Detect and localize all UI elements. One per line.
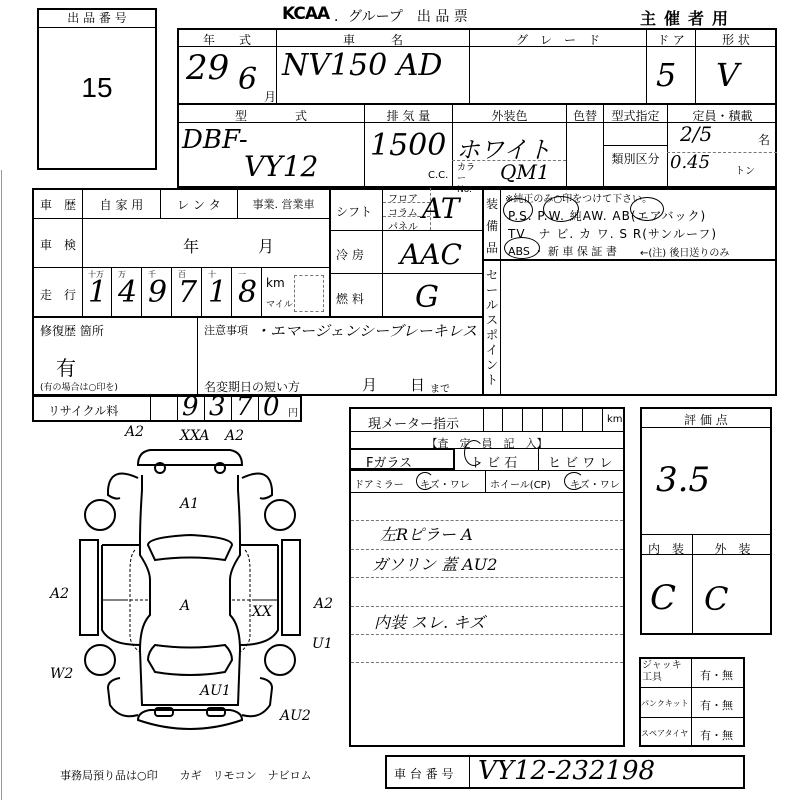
lot-number-label: 出 品 番 号 (39, 12, 155, 28)
accessory-punctkit-value[interactable]: 有・無 (700, 697, 733, 713)
year-label: 年 式 (178, 31, 276, 48)
header-title: ．グループ 出 品 票 (334, 6, 468, 26)
mark-right-side: A2 (312, 596, 333, 612)
interior-value: C (650, 578, 676, 618)
mileage-digit-value: 1 (208, 275, 227, 310)
ac-value: AAC (400, 238, 462, 271)
accessory-jack-value[interactable]: 有・無 (700, 667, 733, 683)
shift-column[interactable]: コラム (388, 204, 418, 219)
lot-number-value: 15 (39, 72, 155, 104)
grade-label: グ レ ー ド (470, 31, 646, 48)
history-option-private[interactable]: 自 家 用 (83, 196, 160, 213)
recycle-digit-cell: 3 (204, 396, 231, 422)
inspection-year-unit: 年 (183, 234, 199, 257)
color-change-label: 色替 (567, 107, 603, 124)
lot-number-box: 出 品 番 号 15 (37, 8, 157, 170)
repair-label: 修復歴 箇所 (40, 322, 104, 339)
doors-label: ド ア (647, 31, 695, 48)
shape-label: 形 状 (696, 31, 776, 48)
displacement-value: 1500 (370, 128, 446, 163)
mileage-digit-value: 4 (118, 275, 137, 310)
meter-label: 現メーター指示 (368, 413, 459, 432)
model-name-value: NV150 AD (282, 48, 442, 83)
load-value: 0.45 (670, 152, 710, 173)
mark-trunk: AU1 (198, 683, 231, 699)
color-no-value: QM1 (500, 160, 550, 184)
mileage-digit-value: 8 (238, 275, 257, 310)
usage-label: 主催者用 (640, 6, 736, 29)
circle-mark-wheel (564, 472, 584, 490)
load-unit: トン (735, 162, 755, 177)
mileage-digit-cell: 十1 (202, 267, 232, 316)
notes-value: ・エマージェンシーブレーキレス (255, 320, 477, 341)
fglass-option-crack[interactable]: ヒ ビ ワ レ (548, 452, 612, 471)
capacity-unit: 名 (758, 131, 770, 148)
meter-digit-cell[interactable] (503, 407, 523, 431)
mark-roof: A (178, 598, 190, 614)
office-note: 事務局預り品は○印 カギ リモコン ナビロム (60, 767, 312, 783)
type-value-2: VY12 (244, 150, 318, 183)
mileage-digit-cell: 千9 (142, 267, 172, 316)
fuel-label: 燃 料 (336, 290, 364, 307)
accessory-punctkit-label: パンクキット (641, 698, 689, 709)
circle-mark-pw (543, 196, 579, 222)
recycle-digit-value: 3 (209, 392, 226, 422)
meter-digit-cell[interactable] (483, 407, 503, 431)
equipment-line-3-note: ←(注) 後日送りのみ (640, 244, 729, 259)
remark-line-2: ガソリン 蓋 AU2 (372, 552, 497, 575)
inspection-label: 車 検 (40, 236, 76, 253)
displacement-label: 排 気 量 (365, 107, 452, 124)
mileage-digit-cell: 万4 (112, 267, 142, 316)
recycle-digit-cell: 9 (177, 396, 204, 422)
wheel-label: ホイール(CP) (490, 476, 551, 491)
score-value: 3.5 (656, 460, 710, 500)
history-option-rental[interactable]: レ ン タ (161, 196, 237, 213)
sales-point-label: セールスポイント (484, 268, 500, 388)
ac-label: 冷 房 (336, 246, 364, 263)
month-value: 6 (238, 62, 257, 97)
chassis-label: 車 台 番 号 (394, 765, 453, 782)
mileage-digit-value: 7 (178, 275, 197, 310)
recycle-digit-cell: 7 (231, 396, 258, 422)
fglass-label: Fガラス (366, 452, 412, 471)
mark-front-left: A2 (123, 424, 144, 440)
recycle-digit-value: 7 (236, 392, 253, 422)
repair-value: 有 (56, 352, 76, 381)
mileage-digit-value: 9 (148, 275, 167, 310)
mark-rear-right: AU2 (278, 708, 311, 724)
notes-label: 注意事項 (204, 322, 248, 338)
car-damage-diagram[interactable]: A2 XXA A2 A1 A A2 XX A2 U1 W2 AU1 AU2 (30, 420, 350, 740)
shift-floor[interactable]: フロア (388, 190, 418, 205)
mark-left-side: A2 (48, 586, 69, 602)
circle-mark-ab (630, 197, 664, 221)
accessory-spare-label: スペアタイヤ (641, 728, 688, 739)
mileage-digit-cell: 十万1 (82, 267, 112, 316)
name-change-day: 日 (410, 374, 425, 395)
score-label: 評 価 点 (640, 411, 772, 428)
circle-mark-abs (504, 237, 540, 259)
doors-value: 5 (656, 56, 676, 94)
displacement-unit: C.C. (428, 170, 448, 181)
recycle-digit-value: 9 (182, 392, 199, 422)
name-change-month: 月 (362, 374, 377, 395)
meter-digit-cell[interactable] (563, 407, 583, 431)
mark-front-right: A2 (223, 428, 244, 444)
fuel-value: G (415, 280, 439, 315)
repair-note: (有の場合は○印を) (40, 380, 118, 393)
mark-right-rear: U1 (312, 636, 333, 652)
category-label: 類別区分 (604, 150, 667, 167)
equipment-line-1[interactable]: P.S. P.W. 純AW. AB(エアバック) (508, 207, 706, 224)
mileage-digit-cell: 一8 (232, 267, 262, 316)
chassis-value: VY12-232198 (478, 756, 655, 786)
mark-left-rear: W2 (50, 666, 73, 682)
recycle-unit: 円 (288, 404, 298, 419)
mileage-digit-cell: 百7 (172, 267, 202, 316)
meter-digit-cell[interactable] (543, 407, 563, 431)
mile-checkbox[interactable] (294, 275, 324, 312)
circle-mark-ps (503, 198, 533, 222)
recycle-digit-cell: 0 (258, 396, 285, 422)
history-label: 車 歴 (40, 196, 76, 213)
shift-value: AT (422, 192, 459, 225)
month-suffix: 月 (264, 88, 276, 105)
remark-line-1: 左Rピラー A (380, 522, 473, 545)
mileage-label: 走 行 (40, 286, 76, 303)
mirror-label: ドアミラー (354, 476, 404, 491)
circle-mark-chip (464, 440, 484, 466)
mileage-unit-km: km (266, 276, 285, 290)
circle-mark-mirror (416, 472, 434, 490)
header-brand: KCAA (282, 4, 329, 24)
shift-panel[interactable]: パネル (388, 218, 418, 233)
accessory-spare-value[interactable]: 有・無 (700, 727, 733, 743)
year-value: 29 (186, 48, 229, 88)
meter-digit-cell[interactable] (583, 407, 603, 431)
mileage-digit-value: 1 (88, 275, 107, 310)
remark-line-3: 内装 スレ. キズ (374, 610, 485, 633)
mark-front-bumper: XXA (179, 428, 210, 444)
inspection-month-unit: 月 (258, 234, 274, 257)
type-designation-label: 型式指定 (604, 107, 667, 124)
mark-right-doors: XX (251, 604, 273, 620)
equipment-label: 装備品 (484, 193, 500, 259)
color-label: 外装色 (453, 107, 566, 124)
model-name-label: 車 名 (277, 31, 469, 48)
equipment-line-2[interactable]: TV ナ ビ. カ ワ. S R(サンルーフ) (508, 225, 717, 242)
shape-value: V (716, 56, 739, 94)
type-value-1: DBF- (182, 125, 248, 155)
shift-label: シフト (336, 203, 372, 220)
meter-unit: km (607, 414, 623, 425)
recycle-label: リサイクル料 (48, 402, 118, 419)
meter-digit-cell[interactable] (523, 407, 543, 431)
capacity-value: 2/5 (680, 122, 712, 146)
accessory-jack-label: ジャッキ工具 (642, 660, 690, 684)
type-label: 型 式 (178, 107, 364, 124)
recycle-digit-value: 0 (263, 392, 280, 422)
recycle-digit-cell (150, 396, 177, 422)
name-change-suffix: まで (430, 380, 450, 395)
exterior-value: C (704, 580, 728, 618)
mark-hood: A1 (178, 496, 199, 512)
history-option-business[interactable]: 事業. 営業車 (238, 196, 329, 212)
mileage-unit-mile: マイル (266, 297, 293, 310)
